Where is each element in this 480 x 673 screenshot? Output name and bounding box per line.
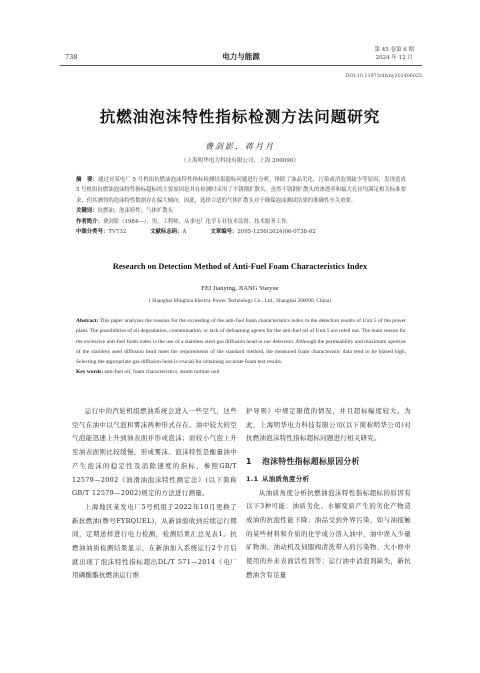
body-paragraph: 从油质角度分析抗燃油泡沫特性指标超标的原因有以下3种可能：油质劣化、水解变质产生…	[246, 487, 411, 583]
keywords-cn: 关键词：抗燃油；泡沫特性；气体扩散头	[76, 206, 406, 216]
journal-name: 电力与能源	[60, 51, 422, 62]
abstract-en-block: Abstract: This paper analyzes the reason…	[76, 316, 406, 378]
abstract-en-label: Abstract:	[76, 318, 98, 324]
keywords-cn-label: 关键词：	[76, 208, 98, 214]
classification-row: 中图分类号：TV732 文献标志码：A 文章编号：2095-1256(2024)…	[76, 227, 406, 237]
keywords-en: Key words: anti-fuel oil, foam character…	[76, 367, 406, 377]
paper-title-cn: 抗燃油泡沫特性指标检测方法问题研究	[0, 105, 480, 127]
abstract-en: Abstract: This paper analyzes the reason…	[76, 316, 406, 367]
body-paragraph: 运行中的汽轮机组燃油系统会进入一些空气，这些空气在油中以气泡和雾沫两种形式存在。…	[72, 405, 237, 501]
section-title: 泡沫特性指标超标原因分析	[262, 457, 360, 466]
body-paragraph: 上海地区某发电厂5号机组于2022年10月更换了新抗燃油(牌号FYRQUEL)，…	[72, 501, 237, 583]
abstract-cn-label: 摘 要：	[76, 177, 98, 183]
section-heading: 1泡沫特性指标超标原因分析	[246, 455, 411, 469]
article-number-value: 2095-1256(2024)06-0738-02	[237, 229, 315, 235]
author-bio: 作者简介：费剑影（1984—），男，工程师，从事电厂化学专业技术监督、技术服务工…	[76, 217, 406, 227]
authors-cn: 费剑影，蒋月月	[0, 141, 480, 152]
body-column-right: 护导则》中规定限值的情况，并且超标幅度较大。为此，上海明华电力科技有限公司(以下…	[246, 405, 411, 582]
body-paragraph: 护导则》中规定限值的情况，并且超标幅度较大。为此，上海明华电力科技有限公司(以下…	[246, 405, 411, 446]
doi: DOI:10.11973/dlyny202406025	[346, 74, 422, 79]
volume-issue: 第 45 卷第 6 期	[375, 46, 415, 54]
keywords-en-label: Key words:	[76, 369, 103, 375]
keywords-en-text: anti-fuel oil, foam characteristics, ste…	[103, 369, 220, 375]
abstract-cn: 摘 要：通过对某电厂 5 号机组抗燃油泡沫特性指标检测结果超标问题进行分析，排除…	[76, 175, 406, 206]
paper-page: 738 电力与能源 第 45 卷第 6 期 2024 年 12 月 DOI:10…	[0, 0, 480, 673]
abstract-en-text: This paper analyzes the reasons for the …	[76, 318, 406, 365]
abstract-cn-block: 摘 要：通过对某电厂 5 号机组抗燃油泡沫特性指标检测结果超标问题进行分析，排除…	[76, 175, 406, 237]
subsection-title: 从油质角度分析	[262, 475, 309, 483]
abstract-cn-text: 通过对某电厂 5 号机组抗燃油泡沫特性指标检测结果超标问题进行分析，排除了油品劣…	[76, 177, 406, 204]
article-number: 文章编号：2095-1256(2024)06-0738-02	[210, 227, 315, 237]
doc-code-label: 文献标志码：	[150, 229, 182, 235]
doc-code-value: A	[183, 229, 187, 235]
header-rule	[60, 65, 422, 66]
author-bio-text: 费剑影（1984—），男，工程师，从事电厂化学专业技术监督、技术服务工作。	[103, 219, 292, 225]
keywords-cn-text: 抗燃油；泡沫特性；气体扩散头	[98, 208, 173, 214]
running-header: 738 电力与能源 第 45 卷第 6 期 2024 年 12 月	[60, 44, 422, 66]
clc-label: 中图分类号：	[76, 229, 108, 235]
article-number-label: 文章编号：	[210, 229, 237, 235]
authors-en: FEI Jianying, JIANG Yueyue	[0, 285, 480, 292]
volume-info: 第 45 卷第 6 期 2024 年 12 月	[375, 46, 415, 62]
section-number: 1	[246, 455, 262, 469]
affiliation-cn: （上海明华电力科技有限公司，上海 200090）	[0, 156, 480, 164]
clc: 中图分类号：TV732	[76, 227, 126, 237]
subsection-number: 1.1	[246, 473, 262, 487]
body-column-left: 运行中的汽轮机组燃油系统会进入一些空气，这些空气在油中以气泡和雾沫两种形式存在。…	[72, 405, 237, 583]
paper-title-en: Research on Detection Method of Anti-Fue…	[0, 262, 480, 271]
clc-value: TV732	[108, 229, 126, 235]
issue-date: 2024 年 12 月	[375, 54, 415, 62]
author-bio-label: 作者简介：	[76, 219, 103, 225]
affiliation-en: ( Shanghai Minghua Electric Power Techno…	[0, 298, 480, 304]
doc-code: 文献标志码：A	[150, 227, 186, 237]
subsection-heading: 1.1从油质角度分析	[246, 473, 411, 487]
